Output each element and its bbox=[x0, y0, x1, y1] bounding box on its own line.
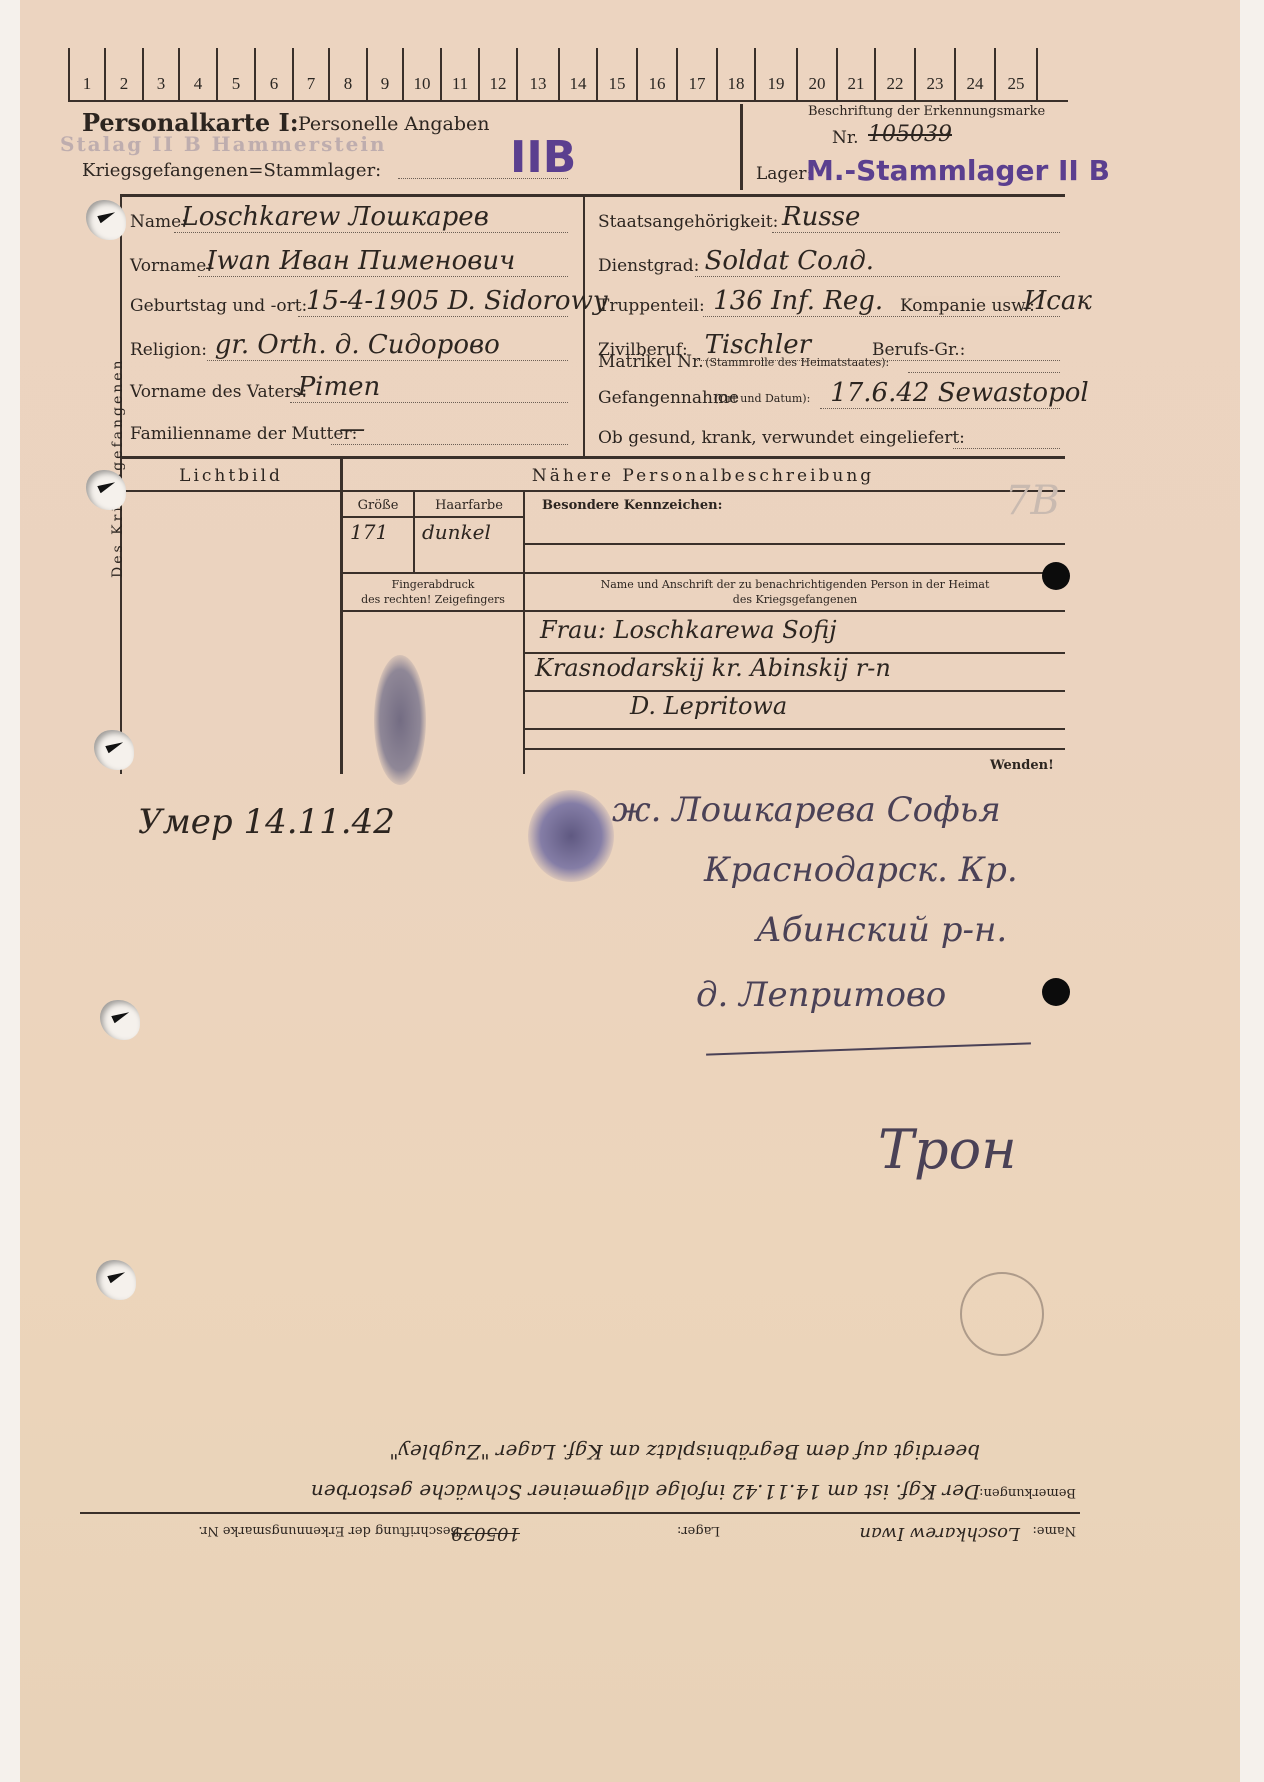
right-field-value: Soldat Солд. bbox=[705, 246, 874, 276]
turn-over-note: Wenden! bbox=[990, 758, 1054, 773]
pow-personnel-card: 1234567891011121314151617181920212223242… bbox=[20, 0, 1240, 1782]
remarks-line-1: Der Kgf. ist am 14.11.42 infolge allgeme… bbox=[311, 1480, 980, 1504]
name-value-inv: Loschkarew Iwan bbox=[859, 1523, 1020, 1544]
photo-label: Lichtbild bbox=[122, 466, 340, 486]
death-note: Умер 14.11.42 bbox=[138, 802, 395, 842]
name-label-inv: Name: bbox=[1032, 1523, 1076, 1538]
field-dots bbox=[695, 276, 1060, 277]
right-field-label: Staatsangehörigkeit: bbox=[598, 212, 778, 232]
tag-label-inv: Beschriftung der Erkennungsmarke Nr. bbox=[198, 1523, 460, 1538]
bottom-section-inverted: Name: Loschkarew Iwan Lager: Beschriftun… bbox=[80, 1350, 1080, 1550]
column-ruler: 1234567891011121314151617181920212223242… bbox=[68, 48, 1068, 102]
right-field-label: Dienstgrad: bbox=[598, 256, 699, 276]
ruler-cell: 12 bbox=[478, 48, 516, 100]
left-field-label: Geburtstag und -ort: bbox=[130, 296, 307, 316]
binder-hole bbox=[1042, 562, 1070, 590]
tag-heading: Beschriftung der Erkennungsmarke bbox=[808, 104, 1045, 119]
left-field-label: Name: bbox=[130, 212, 187, 232]
ruler-cell: 18 bbox=[716, 48, 754, 100]
torn-hole bbox=[100, 1000, 140, 1040]
torn-hole bbox=[86, 200, 126, 240]
ruler-cell: 7 bbox=[292, 48, 328, 100]
ruler-cell: 13 bbox=[516, 48, 558, 100]
thumbprint-stain bbox=[528, 790, 614, 882]
russian-address-line: д. Лепритово bbox=[696, 975, 946, 1015]
ruler-cell: 11 bbox=[440, 48, 478, 100]
contact-rule bbox=[525, 690, 1065, 692]
ruler-cell: 10 bbox=[402, 48, 440, 100]
right-field-value: Russe bbox=[782, 202, 860, 232]
left-field-label: Vorname: bbox=[130, 256, 212, 276]
ruler-end bbox=[1036, 48, 1038, 100]
ruler-cell: 25 bbox=[994, 48, 1036, 100]
ruler-cell: 16 bbox=[636, 48, 676, 100]
field-dots bbox=[908, 372, 1060, 373]
left-field-value: Iwan Иван Пименович bbox=[206, 246, 515, 276]
hair-value: dunkel bbox=[422, 520, 491, 544]
field-dots bbox=[703, 316, 1060, 317]
left-field-label: Religion: bbox=[130, 340, 207, 360]
height-value: 171 bbox=[350, 520, 388, 544]
left-field-value: Pimen bbox=[298, 372, 381, 402]
right-field-label: Matrikel Nr. bbox=[598, 352, 704, 372]
corner-mark: 7B bbox=[1005, 478, 1060, 524]
contact-line: D. Lepritowa bbox=[630, 692, 787, 720]
field-dots bbox=[174, 232, 569, 233]
right-field-label-2: Kompanie usw.: bbox=[900, 296, 1035, 316]
remarks-line-2: beerdigt auf dem Begräbnisplatz am Kgf. … bbox=[389, 1440, 980, 1464]
ruler-cell: 19 bbox=[754, 48, 796, 100]
description-heading: Nähere Personalbeschreibung bbox=[343, 466, 1063, 486]
right-field-value: 136 Inf. Reg. bbox=[713, 286, 883, 316]
right-field-sublabel: (Stammrolle des Heimatstaates): bbox=[705, 356, 889, 369]
contact-label-2: des Kriegsgefangenen bbox=[525, 593, 1065, 606]
nr-label: Nr. bbox=[832, 128, 859, 148]
postmark-stamp bbox=[960, 1272, 1044, 1356]
remarks-label-inv: Bemerkungen: bbox=[979, 1485, 1076, 1500]
ruler-cell: 5 bbox=[216, 48, 254, 100]
ruler-cell: 1 bbox=[68, 48, 104, 100]
field-dots bbox=[198, 276, 568, 277]
field-dots bbox=[207, 360, 568, 361]
camp-stamp: IIB bbox=[510, 132, 576, 183]
torn-hole bbox=[94, 730, 134, 770]
right-field-label: Ob gesund, krank, verwundet eingeliefert… bbox=[598, 428, 965, 448]
ruler-cell: 17 bbox=[676, 48, 716, 100]
binder-hole bbox=[1042, 978, 1070, 1006]
left-field-value: gr. Orth. д. Сидорово bbox=[215, 330, 500, 360]
ruler-cell: 21 bbox=[836, 48, 874, 100]
contact-label-1: Name und Anschrift der zu benachrichtige… bbox=[525, 578, 1065, 591]
ruler-cell: 9 bbox=[366, 48, 402, 100]
ruler-cell: 20 bbox=[796, 48, 836, 100]
faded-stamp: Stalag II B Hammerstein bbox=[60, 132, 387, 156]
left-field-value: Loschkarew Лошкарев bbox=[182, 202, 489, 232]
tag-value-inv: 105039 bbox=[451, 1523, 520, 1544]
ruler-cell: 3 bbox=[142, 48, 178, 100]
fingerprint-label-2: des rechten! Zeigefingers bbox=[343, 593, 523, 606]
hair-label: Haarfarbe bbox=[415, 498, 523, 513]
ruler-cell: 6 bbox=[254, 48, 292, 100]
russian-address-line: ж. Лошкарева Софья bbox=[612, 790, 1001, 830]
right-field-label: Truppenteil: bbox=[598, 296, 705, 316]
ruler-cell: 2 bbox=[104, 48, 142, 100]
russian-address-line: Абинский р-н. bbox=[756, 910, 1007, 950]
russian-address-line: Краснодарск. Кр. bbox=[704, 850, 1018, 890]
height-label: Größe bbox=[343, 498, 413, 513]
lager-label: Lager: bbox=[756, 164, 812, 184]
ruler-cell: 15 bbox=[596, 48, 636, 100]
contact-line: Krasnodarskij kr. Abinskij r-n bbox=[535, 654, 891, 682]
ruler-cell: 24 bbox=[954, 48, 994, 100]
signature: Трон bbox=[878, 1118, 1017, 1181]
marks-label: Besondere Kennzeichen: bbox=[542, 498, 722, 513]
left-field-label: Vorname des Vaters: bbox=[130, 382, 307, 402]
ruler-cell: 14 bbox=[558, 48, 596, 100]
nr-value: 105039 bbox=[868, 122, 952, 147]
ruler-cell: 8 bbox=[328, 48, 366, 100]
torn-hole bbox=[86, 470, 126, 510]
camp-label: Kriegsgefangenen=Stammlager: bbox=[82, 160, 381, 181]
field-dots bbox=[298, 316, 568, 317]
right-field-value-2: Исак bbox=[1024, 286, 1092, 316]
torn-hole bbox=[96, 1260, 136, 1300]
left-field-value: — bbox=[339, 414, 365, 444]
field-dots bbox=[290, 402, 568, 403]
lager-label-inv: Lager: bbox=[677, 1523, 720, 1538]
fingerprint-label-1: Fingerabdruck bbox=[343, 578, 523, 591]
lager-stamp: M.-Stammlager II B bbox=[806, 154, 1110, 187]
ruler-cell: 23 bbox=[914, 48, 954, 100]
left-field-label: Familienname der Mutter: bbox=[130, 424, 357, 444]
field-dots bbox=[772, 232, 1060, 233]
left-field-value: 15-4-1905 D. Sidorowy bbox=[306, 286, 608, 316]
field-dots bbox=[953, 448, 1060, 449]
field-dots bbox=[820, 408, 1060, 409]
right-field-sublabel: (Ort und Datum): bbox=[714, 392, 811, 405]
contact-line: Frau: Loschkarewa Sofij bbox=[540, 616, 837, 644]
fingerprint-image bbox=[374, 655, 426, 785]
ruler-cell: 22 bbox=[874, 48, 914, 100]
field-dots bbox=[331, 444, 568, 445]
ruler-cell: 4 bbox=[178, 48, 216, 100]
right-field-value: 17.6.42 Sewastopol bbox=[830, 378, 1089, 408]
contact-rule bbox=[525, 728, 1065, 730]
